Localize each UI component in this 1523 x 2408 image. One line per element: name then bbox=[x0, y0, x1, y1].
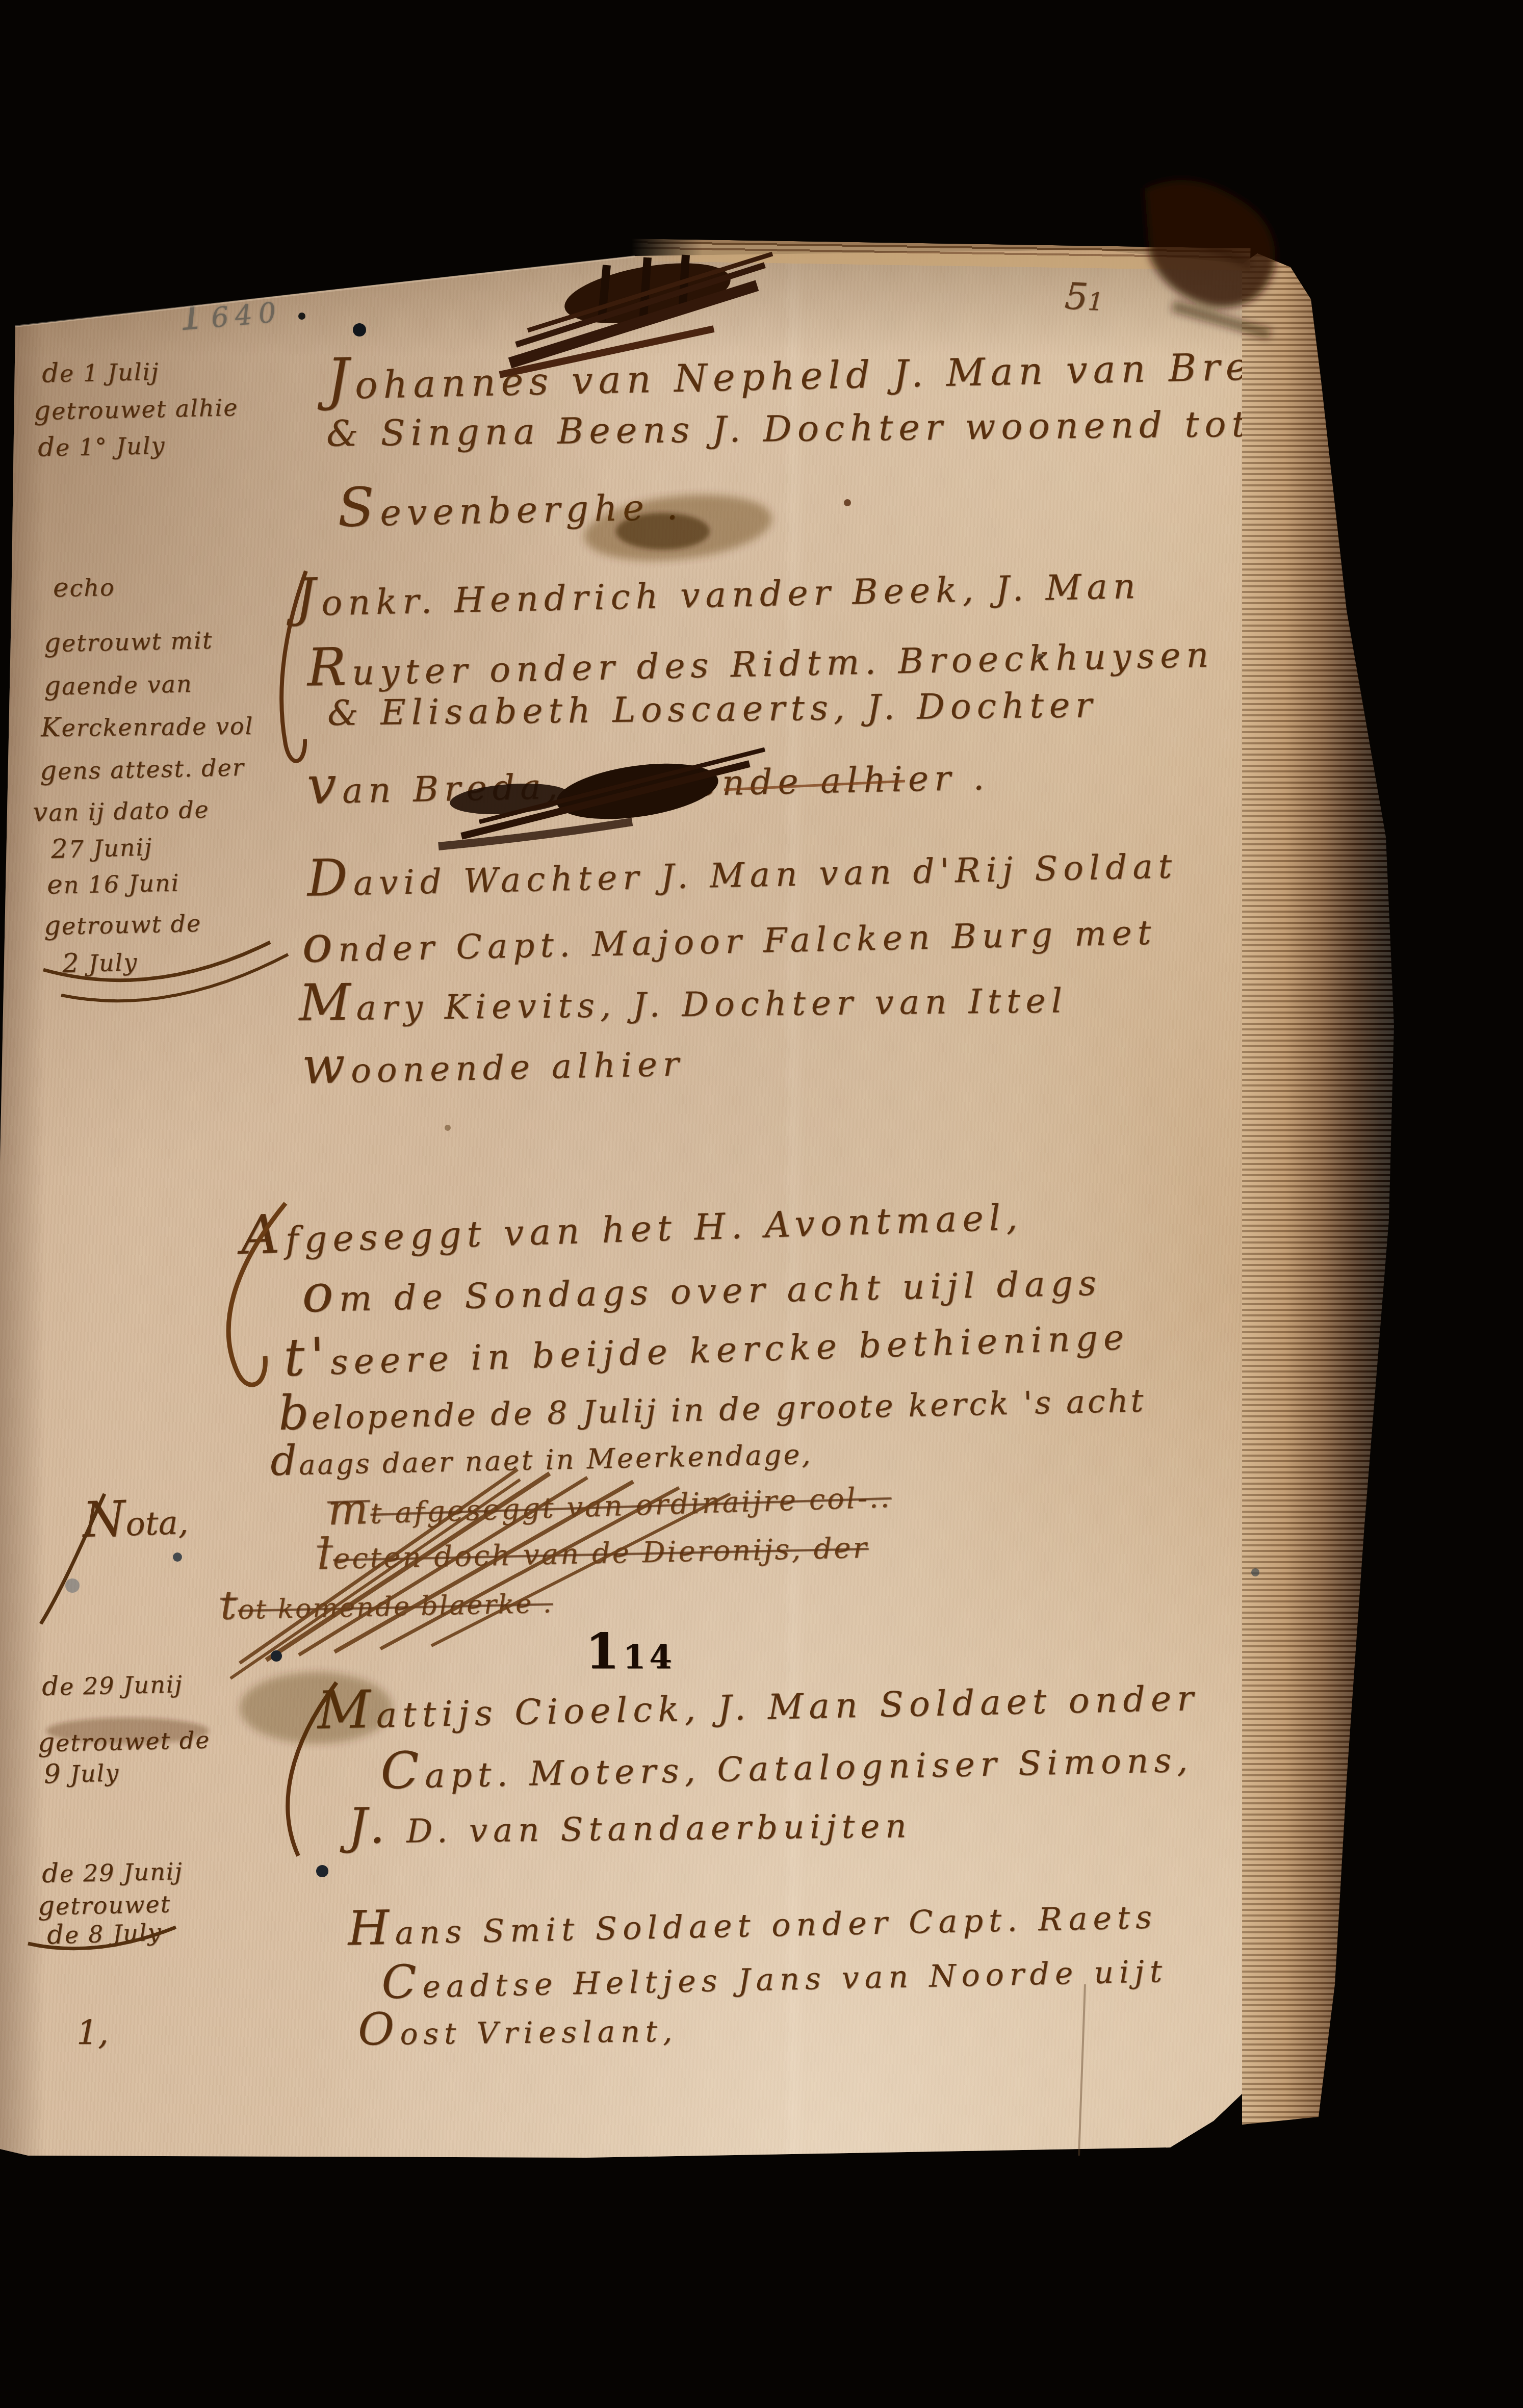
entry-3-text-line-2: onder Capt. Majoor Falcken Burg met bbox=[301, 897, 1157, 974]
section-marker-114: 114 bbox=[585, 1622, 676, 1680]
entry-1-margin-line-1: de 1 Julij bbox=[41, 356, 160, 389]
nota-label: Nota, bbox=[82, 1488, 189, 1548]
entry-2-margin-line-3: gaende van bbox=[43, 668, 193, 702]
entry-4-margin-line-2: getrouwet de bbox=[37, 1724, 211, 1758]
entry-5-margin-line-1: de 29 Junij bbox=[41, 1855, 183, 1889]
photo-black-background: 1640 51 de 1 Julij getrouwet alhie de 1°… bbox=[0, 0, 1523, 2408]
entry-5-margin-line-3: de 8 July bbox=[46, 1916, 162, 1950]
entry-2-margin-line-5: gens attest. der bbox=[39, 752, 245, 786]
entry-2-margin-line-6: van ij dato de bbox=[32, 793, 210, 827]
entry-2-text-line-4: van Breda, woonende alhier . bbox=[306, 741, 990, 816]
entry-3-text-line-1: David Wachter J. Man van d'Rij Soldat bbox=[306, 831, 1178, 908]
entry-2-text-line-1: Jonkr. Hendrich vander Beek, J. Man bbox=[294, 550, 1142, 629]
entry-4-text-line-3: J. D. van Standaerbuijten bbox=[347, 1792, 912, 1855]
entry-1-text-line-1: Johannes van Nepheld J. Man van Breda bbox=[326, 326, 1312, 412]
entry-3-text-line-3: Mary Kievits, J. Dochter van Ittel bbox=[298, 966, 1068, 1032]
nota-struck-line-3: tot komende blaerke . bbox=[220, 1576, 553, 1629]
entry-2-margin-line-7: 27 Junij bbox=[50, 831, 153, 865]
entry-1-margin-line-3: de 1° July bbox=[37, 429, 166, 462]
entry-4-margin-line-3: 9 July bbox=[43, 1757, 120, 1790]
entry-3-margin-line-1: en 16 Juni bbox=[46, 867, 180, 900]
book-fore-edge bbox=[1242, 251, 1395, 2127]
entry-2-margin-line-1: echo bbox=[53, 572, 115, 604]
entry-3-text-line-4: woonende alhier bbox=[301, 1029, 685, 1096]
entry-3-margin-line-2: getrouwt de bbox=[43, 908, 201, 941]
footnote-mark: 1, bbox=[76, 2013, 109, 2052]
entry-1-margin-line-2: getrouwet alhie bbox=[33, 392, 239, 426]
entry-1-text-line-2: & Singna Beens J. Dochter woonend tot bbox=[326, 403, 1252, 455]
entry-1-text-line-3: Sevenberghe . bbox=[337, 470, 684, 539]
entry-2-margin-line-4: Kerckenrade vol bbox=[41, 710, 254, 743]
pencil-year-annotation: 1640 bbox=[176, 283, 283, 340]
entry-2-text-line-3: & Elisabeth Loscaerts, J. Dochter bbox=[327, 685, 1098, 734]
entry-2-margin-line-2: getrouwt mit bbox=[43, 625, 213, 659]
entry-4-margin-line-1: de 29 Junij bbox=[41, 1668, 183, 1702]
entry-5-text-line-3: Oost Vrieslant, bbox=[357, 2000, 678, 2056]
entry-3-margin-line-3: 2 July bbox=[62, 946, 138, 979]
page-number: 51 bbox=[1064, 274, 1105, 319]
